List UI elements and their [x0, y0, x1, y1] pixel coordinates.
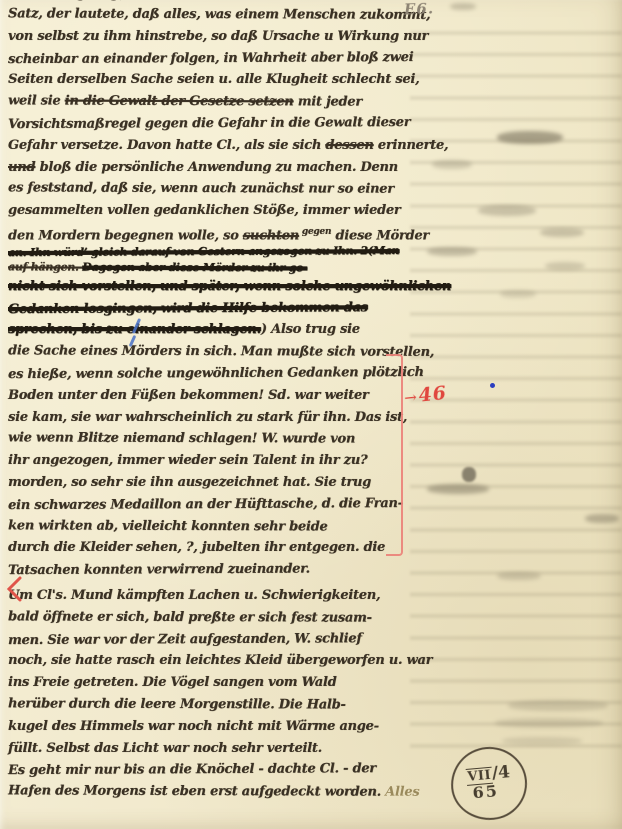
ink-smudge [462, 467, 476, 482]
manuscript-line: Satz, der lautete, daß alles, was einem … [8, 3, 410, 26]
manuscript-line: Seiten derselben Sache seien u. alle Klu… [8, 69, 410, 91]
manuscript-line: wie wenn Blitze niemand schlagen! W. wur… [8, 428, 410, 451]
pencil-scribble [502, 737, 582, 745]
ink-smudge [540, 228, 584, 237]
ink-smudge [585, 514, 619, 523]
manuscript-line: gesammelten vollen gedanklichen Stöße, i… [8, 200, 410, 222]
manuscript-line: Es geht mir nur bis an die Knöchel - dac… [8, 758, 410, 782]
manuscript-line: ken wirkten ab, vielleicht konnten sehr … [8, 515, 410, 538]
manuscript-line: morden, so sehr sie ihn ausgezeichnet ha… [8, 472, 410, 494]
manuscript-line: ins Freie getreten. Die Vögel sangen vom… [8, 672, 410, 694]
manuscript-line: die Sache eines Mörders in sich. Man muß… [8, 340, 410, 363]
manuscript-line: nicht sich vorstellen, und später, wenn … [8, 276, 410, 298]
red-reference-number: →46 [403, 382, 448, 408]
ink-smudge [545, 262, 585, 270]
manuscript-text: Satz, der lautete, daß alles, was einem … [8, 4, 410, 803]
manuscript-line: füllt. Selbst das Licht war noch sehr ve… [8, 738, 410, 760]
scanned-manuscript: { "annotations": { "pencil_top_right": "… [0, 0, 622, 829]
pencil-scribble [508, 700, 608, 711]
red-reference-bracket [386, 354, 403, 556]
manuscript-line: Hafen des Morgens ist eben erst aufgedec… [8, 780, 410, 803]
manuscript-line: scheinbar an einander folgen, in Wahrhei… [8, 47, 410, 71]
manuscript-line: men. Sie war vor der Zeit aufgestanden, … [8, 627, 410, 651]
manuscript-line-partial: ausgezog, — [52, 0, 142, 2]
manuscript-line: und bloß die persönliche Anwendung zu ma… [8, 157, 410, 179]
manuscript-line: Boden unter den Füßen bekommen! Sd. war … [8, 385, 410, 407]
archive-stamp: VII/4 65 [448, 744, 530, 823]
ink-smudge [497, 572, 541, 580]
manuscript-line: ein schwarzes Medaillon an der Hüfttasch… [8, 493, 410, 517]
ink-smudge [432, 160, 472, 169]
manuscript-line: bald öffnete er sich, bald preßte er sic… [8, 606, 410, 629]
manuscript-line: Um Cl's. Mund kämpften Lachen u. Schwier… [8, 585, 410, 607]
manuscript-page: ausgezog, — Satz, der lautete, daß alles… [0, 0, 622, 829]
pencil-scribble [495, 718, 603, 728]
blue-ink-dot [490, 383, 495, 388]
manuscript-line: von selbst zu ihm hinstrebe, so daß Ursa… [8, 26, 410, 48]
stamp-number: 65 [472, 782, 500, 801]
ink-smudge [497, 131, 563, 144]
red-insertion-mark-icon [5, 576, 23, 602]
manuscript-line: weil sie in die Gewalt der Gesetze setze… [8, 90, 410, 113]
manuscript-line: Tatsachen konnten verwirrend zueinander. [8, 558, 410, 582]
manuscript-line: sprechen, bis zu einander schlagen.) Als… [8, 319, 410, 341]
manuscript-line: ihr angezogen, immer wieder sein Talent … [8, 450, 410, 472]
manuscript-line: den Mordern begegnen wolle, so suchten g… [8, 222, 410, 244]
manuscript-line: Gedanken losgingen, wird die Hilfe bekom… [8, 297, 410, 321]
right-arrow-icon: → [403, 388, 417, 407]
stamp-suffix: /4 [491, 762, 511, 783]
manuscript-line: auf hängen. Dagegen aber diese Mörder zu… [8, 259, 410, 276]
manuscript-line: es hieße, wenn solche ungewöhnlichen Ged… [8, 362, 410, 386]
manuscript-line: kugel des Himmels war noch nicht mit Wär… [8, 716, 410, 738]
pencil-scribble [450, 3, 476, 10]
ink-smudge [427, 484, 489, 494]
ink-smudge [427, 247, 477, 256]
manuscript-line: an. Ihn würd’ gleich darauf von Gestern … [8, 243, 410, 261]
ink-smudge [500, 290, 536, 298]
manuscript-line: herüber durch die leere Morgenstille. Di… [8, 693, 410, 716]
manuscript-line: es feststand, daß sie, wenn auch zunächs… [8, 178, 410, 201]
pencil-annotation-e6: E6. [404, 0, 435, 19]
manuscript-line: durch die Kleider sehen, ?, jubelten ihr… [8, 537, 410, 559]
scanner-background: ausgezog, — Satz, der lautete, daß alles… [0, 0, 622, 829]
manuscript-line: noch, sie hatte rasch ein leichtes Kleid… [8, 650, 410, 672]
manuscript-line: Gefahr versetze. Davon hatte Cl., als si… [8, 135, 410, 157]
ink-smudge [478, 205, 536, 216]
manuscript-line: Vorsichtsmaßregel gegen die Gefahr in di… [8, 112, 410, 136]
manuscript-line: sie kam, sie war wahrscheinlich zu stark… [8, 407, 410, 429]
blue-editorial-slash-icon [129, 318, 145, 350]
